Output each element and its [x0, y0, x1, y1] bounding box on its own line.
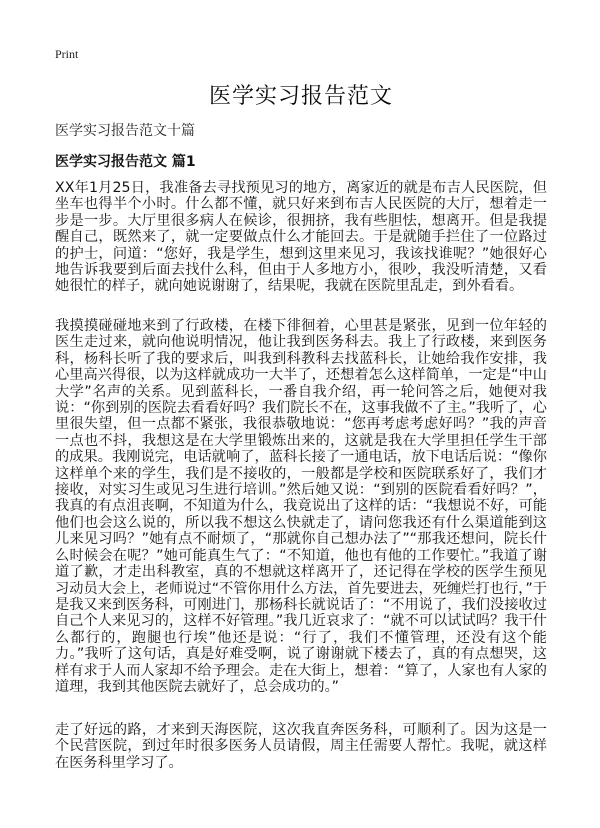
document-subtitle: 医学实习报告范文十篇	[55, 120, 195, 140]
print-link[interactable]: Print	[55, 47, 78, 62]
page-title: 医学实习报告范文	[55, 79, 547, 110]
section-heading: 医学实习报告范文 篇1	[55, 151, 196, 171]
paragraph-3: 走了好远的路，才来到天海医院，这次我直奔医务科，可顺利了。因为这是一个民营医院，…	[55, 722, 547, 771]
paragraph-2: 我摸摸碰碰地来到了行政楼，在楼下徘徊着，心里甚是紧张，见到一位年轻的医生走过来，…	[55, 318, 547, 695]
paragraph-1: XX年1月25日，我准备去寻找预见习的地方，离家近的就是布吉人民医院，但坐车也得…	[55, 180, 547, 295]
